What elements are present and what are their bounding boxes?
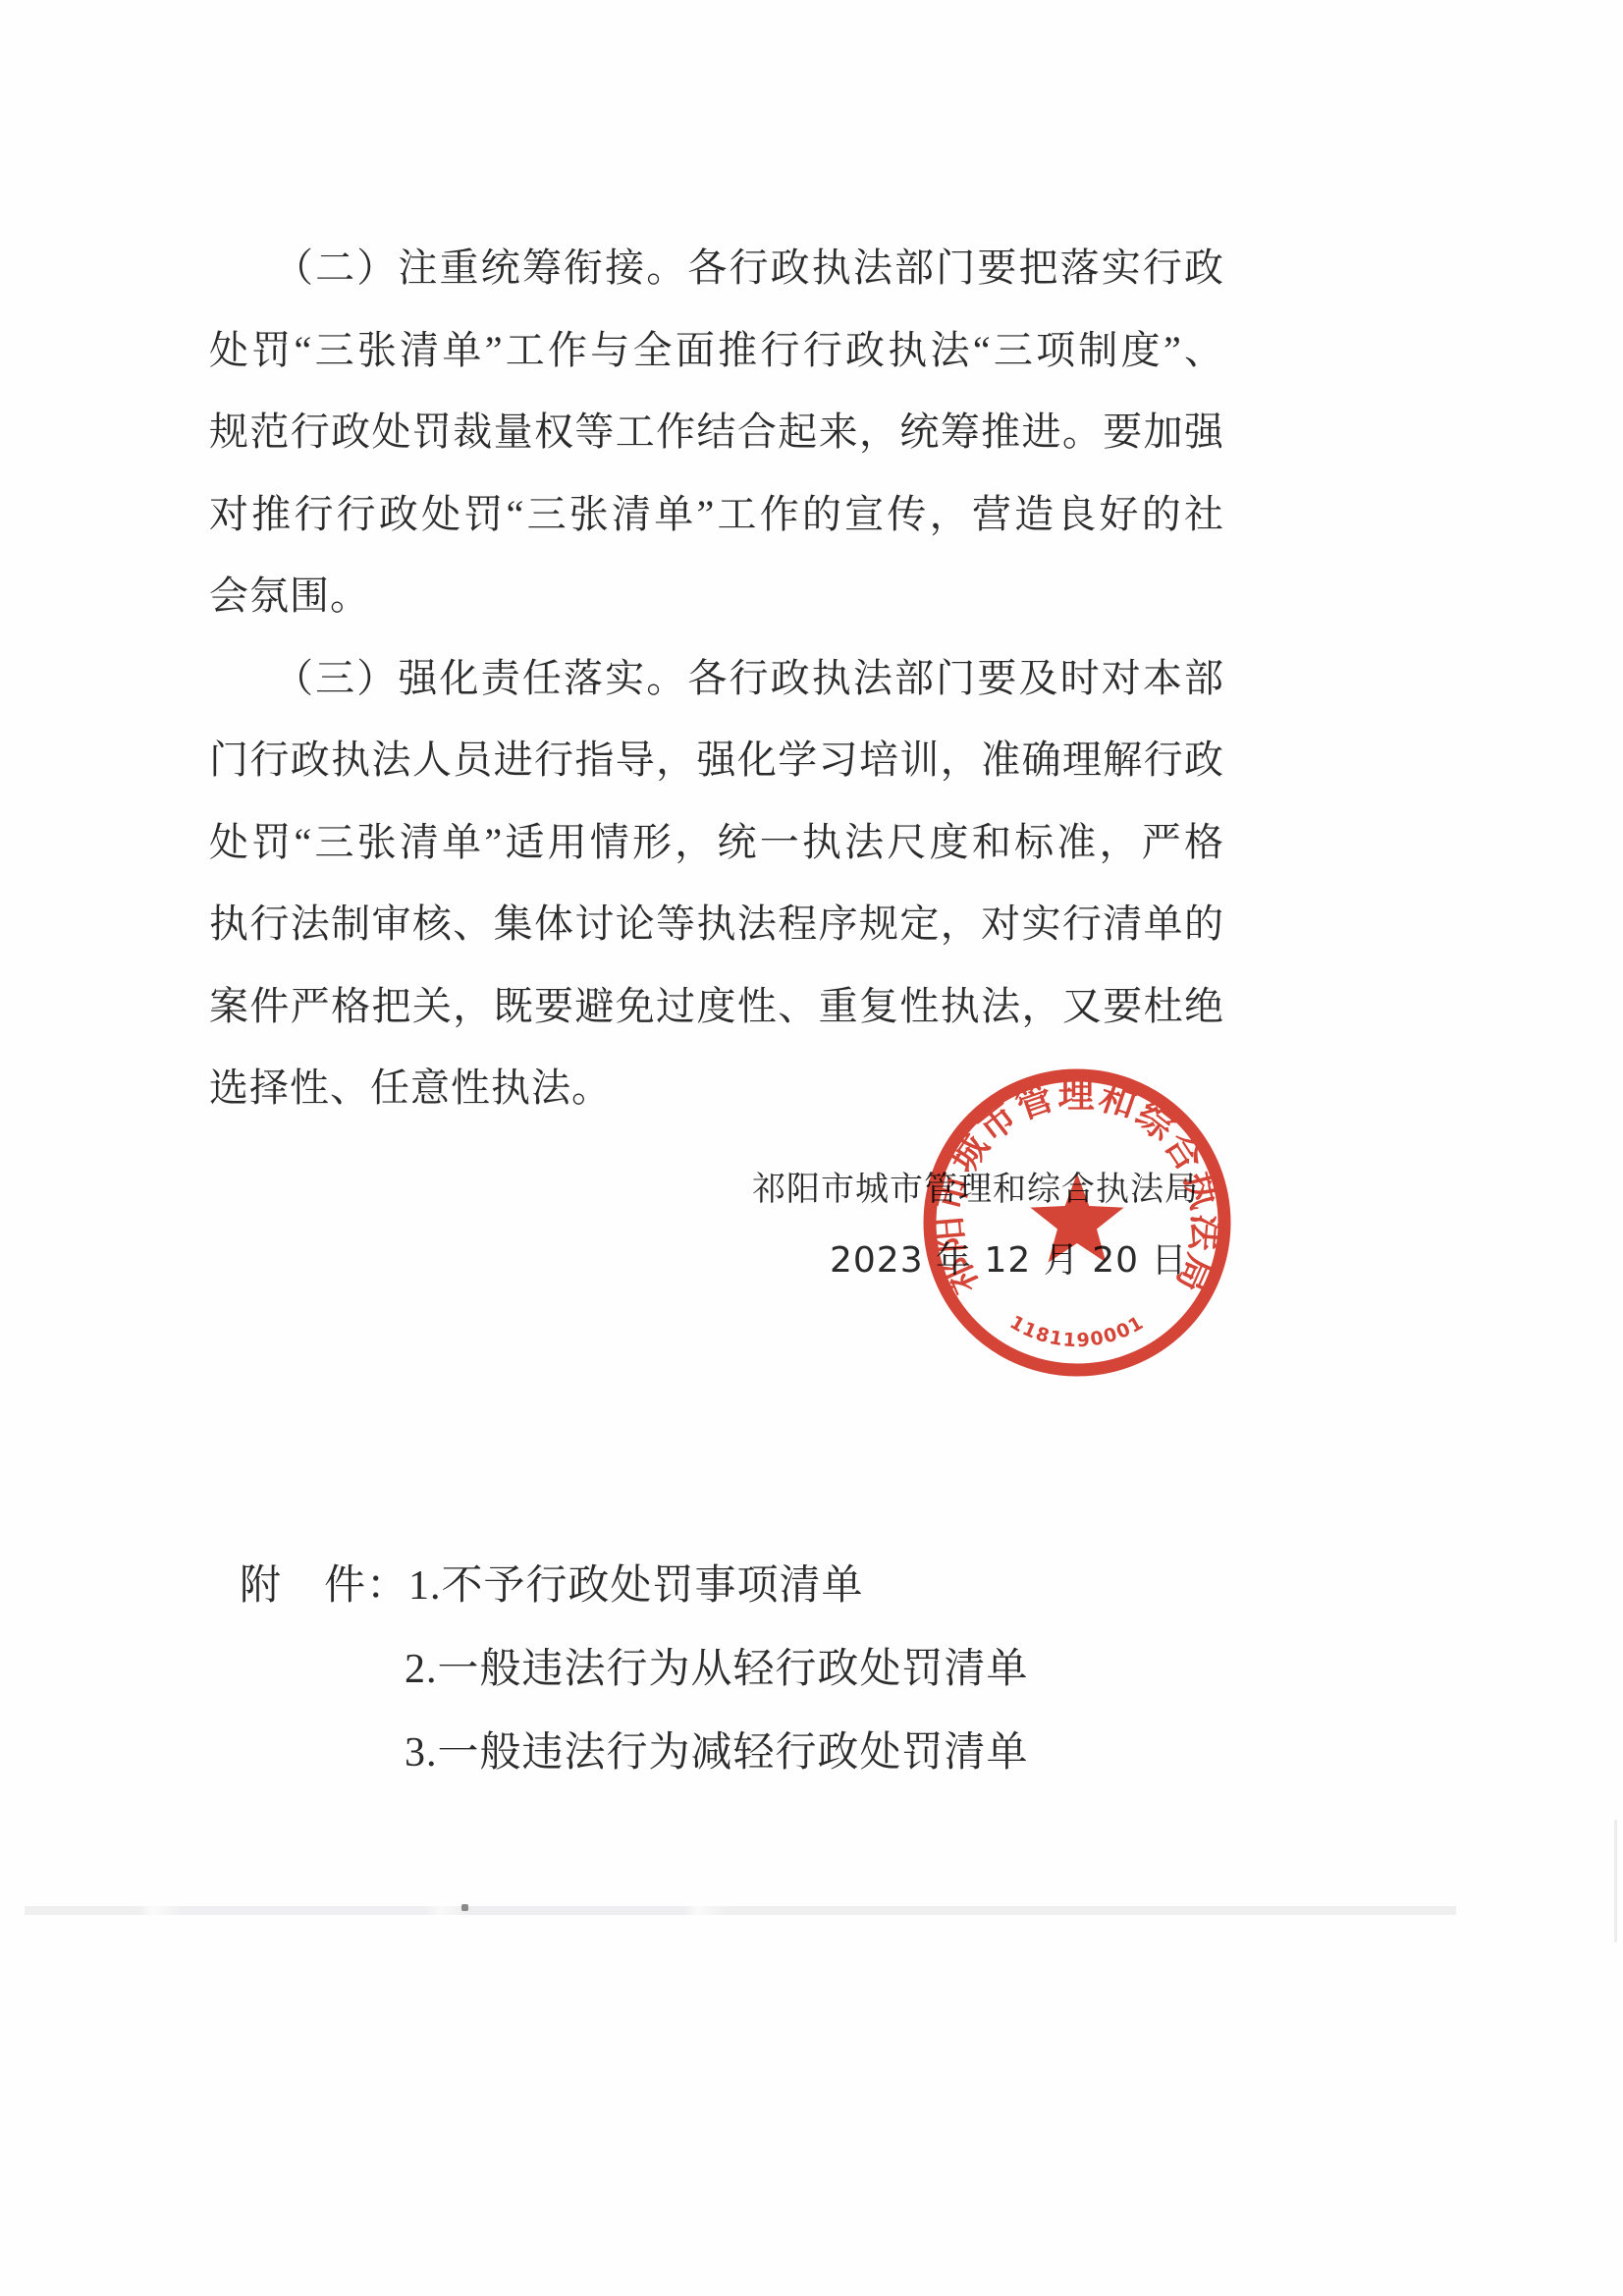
paragraph-three-line-1: （三）强化责任落实。各行政执法部门要及时对本部: [209, 637, 1224, 720]
body-text: （二）注重统筹衔接。各行政执法部门要把落实行政 处罚“三张清单”工作与全面推行行…: [209, 227, 1224, 1129]
attachment-item-2: 2.一般违法行为从轻行政处罚清单: [240, 1628, 1029, 1712]
paragraph-two-line-3: 规范行政处罚裁量权等工作结合起来，统筹推进。要加强: [209, 391, 1224, 473]
paragraph-two-line-4: 对推行行政处罚“三张清单”工作的宣传，营造良好的社: [209, 473, 1224, 556]
paragraph-three-line-2: 门行政执法人员进行指导，强化学习培训，准确理解行政: [209, 719, 1224, 801]
attachment-item-1: 1.不予行政处罚事项清单: [408, 1563, 864, 1609]
paragraph-two-line-5: 会氛围。: [209, 555, 1224, 637]
scan-artifact-band: [25, 1906, 1456, 1915]
document-page: （二）注重统筹衔接。各行政执法部门要把落实行政 处罚“三张清单”工作与全面推行行…: [0, 0, 1623, 2296]
scan-artifact-edge: [1614, 1820, 1617, 1942]
seal-star-icon: [1030, 1174, 1123, 1263]
attachment-row-1: 附 件：1.不予行政处罚事项清单: [240, 1545, 1029, 1628]
paragraph-two-line-2: 处罚“三张清单”工作与全面推行行政执法“三项制度”、: [209, 309, 1224, 392]
official-seal-stamp: 祁阳市城市管理和综合执法局 43118119000103: [910, 1056, 1244, 1390]
scan-artifact-dot: [461, 1904, 468, 1911]
attachments: 附 件：1.不予行政处罚事项清单 2.一般违法行为从轻行政处罚清单 3.一般违法…: [240, 1545, 1029, 1795]
attachments-label: 附 件：: [240, 1563, 408, 1609]
paragraph-two-line-1: （二）注重统筹衔接。各行政执法部门要把落实行政: [209, 227, 1224, 309]
attachment-item-3: 3.一般违法行为减轻行政处罚清单: [240, 1712, 1029, 1795]
paragraph-three-line-3: 处罚“三张清单”适用情形，统一执法尺度和标准，严格: [209, 801, 1224, 884]
paragraph-three-line-4: 执行法制审核、集体讨论等执法程序规定，对实行清单的: [209, 883, 1224, 965]
paragraph-three-line-5: 案件严格把关，既要避免过度性、重复性执法，又要杜绝: [209, 965, 1224, 1048]
